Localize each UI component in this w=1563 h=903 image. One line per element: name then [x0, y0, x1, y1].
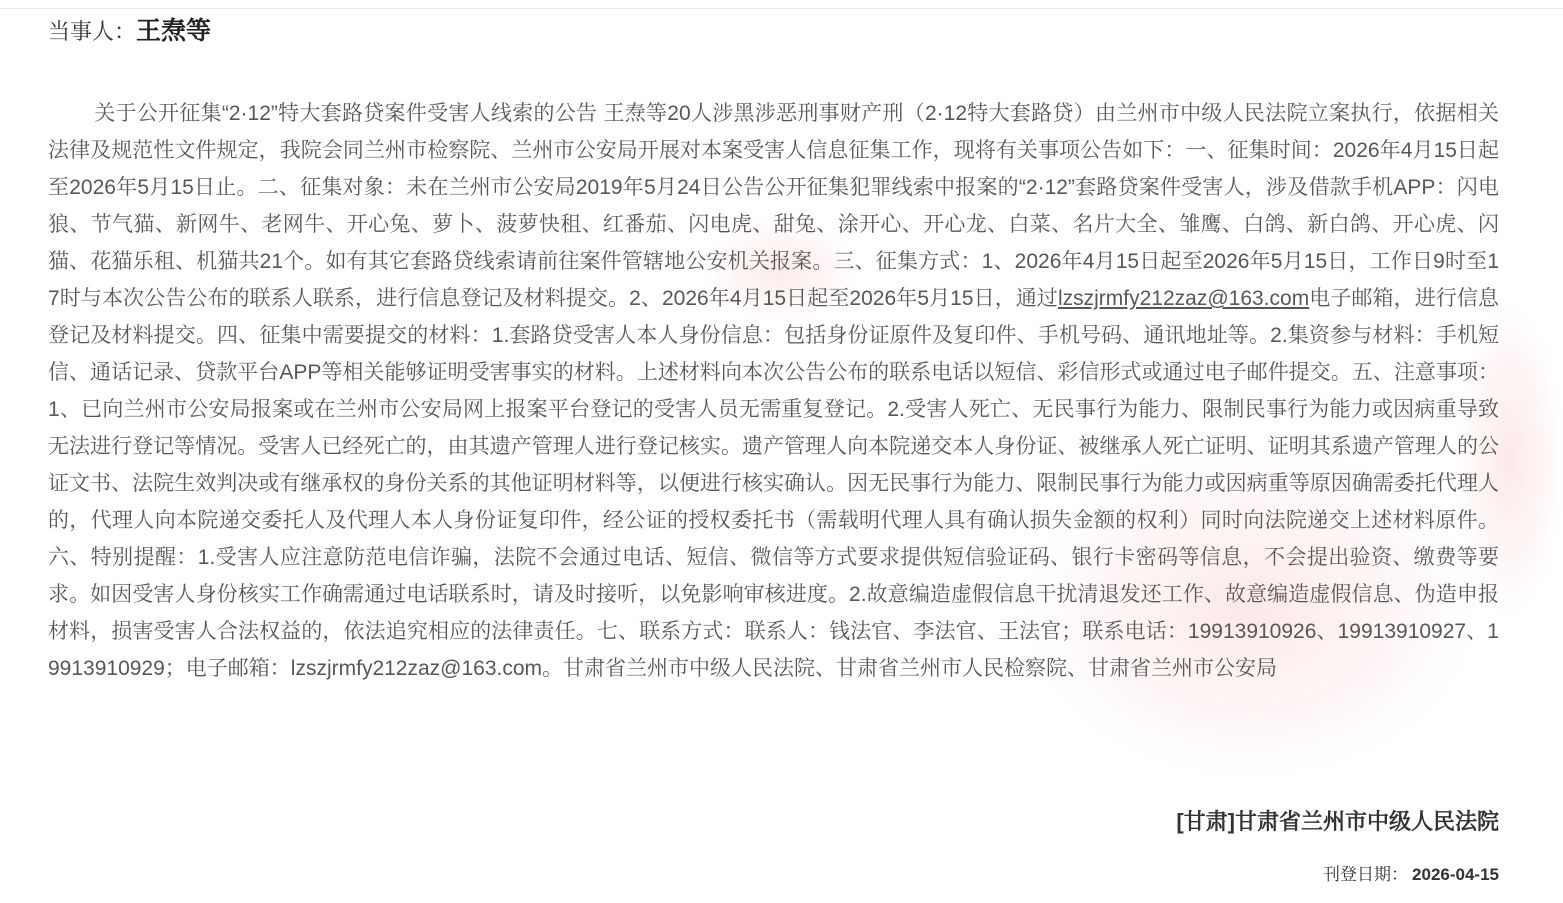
- announcement-page: 当事人：王焘等 关于公开征集“2·12”特大套路贷案件受害人线索的公告 王焘等2…: [0, 0, 1563, 903]
- email-link[interactable]: lzszjrmfy212zaz@163.com: [1058, 287, 1309, 310]
- announcement-paragraph: 关于公开征集“2·12”特大套路贷案件受害人线索的公告 王焘等20人涉黑涉恶刑事…: [0, 95, 1563, 687]
- publish-date-value: 2026-04-15: [1412, 865, 1499, 884]
- party-label: 当事人：: [48, 19, 136, 44]
- announcement-footer: [甘肃]甘肃省兰州市中级人民法院 刊登日期：2026-04-15: [1176, 805, 1499, 885]
- paragraph-text-2: 电子邮箱，进行信息登记及材料提交。四、征集中需要提交的材料：1.套路贷受害人本人…: [48, 287, 1499, 680]
- publish-date-label: 刊登日期：: [1323, 865, 1408, 884]
- party-name: 王焘等: [136, 17, 211, 45]
- announcement-content: 当事人：王焘等 关于公开征集“2·12”特大套路贷案件受害人线索的公告 王焘等2…: [0, 0, 1563, 687]
- party-header: 当事人：王焘等: [0, 0, 1563, 47]
- court-name: [甘肃]甘肃省兰州市中级人民法院: [1176, 805, 1499, 836]
- publish-date-row: 刊登日期：2026-04-15: [1176, 860, 1499, 885]
- paragraph-text-1: 关于公开征集“2·12”特大套路贷案件受害人线索的公告 王焘等20人涉黑涉恶刑事…: [48, 102, 1499, 310]
